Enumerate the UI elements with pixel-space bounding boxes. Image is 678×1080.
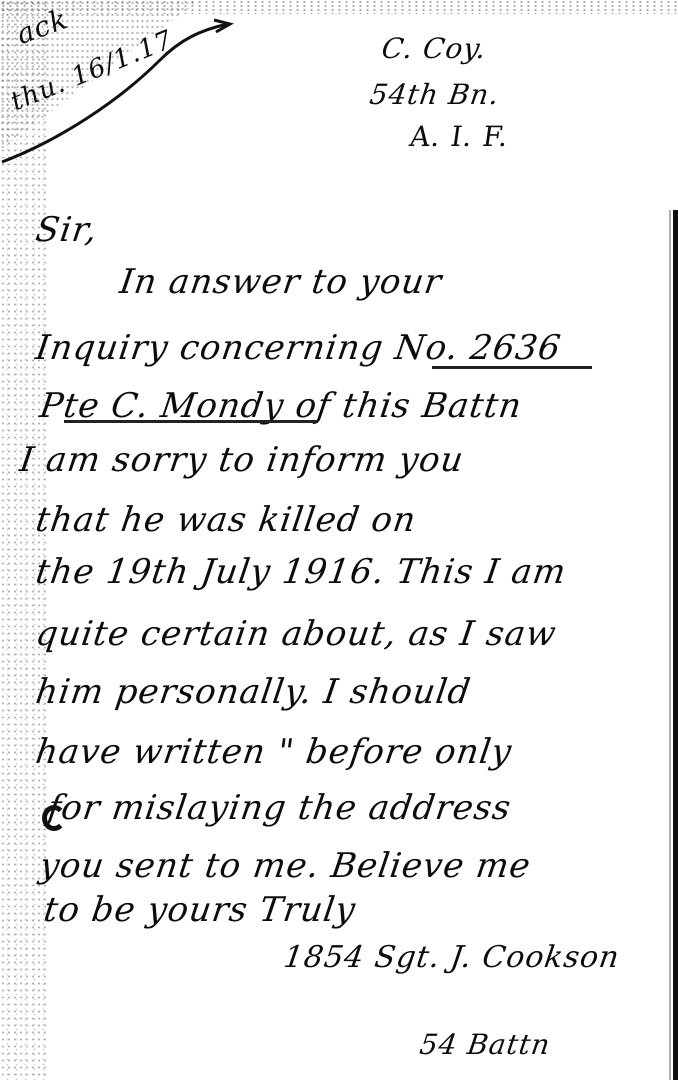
body-line: you sent to me. Believe me [37, 846, 533, 886]
signature-unit: 54 Battn [418, 1028, 553, 1061]
body-line: I am sorry to inform you [17, 440, 466, 480]
sender-company: C. Coy. [380, 32, 489, 65]
body-line: In answer to your [117, 262, 444, 302]
body-line: have written " before only [33, 732, 514, 772]
salutation: Sir, [33, 210, 100, 250]
body-line: him personally. I should [33, 672, 473, 712]
page-edge-border [673, 210, 678, 1080]
body-line: the 19th July 1916. This I am [33, 552, 569, 592]
sender-force: A. I. F. [408, 120, 511, 153]
soldier-name-underline [64, 420, 318, 423]
scanned-letter-page: ack thu. 16/1.17 C. Coy. 54th Bn. A. I. … [0, 0, 678, 1080]
body-line: quite certain about, as I saw [33, 614, 559, 654]
body-line: Inquiry concerning No. 2636 [33, 328, 564, 368]
body-line: to be yours Truly [41, 890, 358, 930]
soldier-number-underline [432, 366, 592, 369]
body-line: for mislaying the address [45, 788, 514, 828]
sender-battalion: 54th Bn. [368, 78, 502, 111]
punch-hole-mark-icon [42, 805, 66, 831]
page-edge-shadow [669, 210, 671, 1080]
signature-line: 1854 Sgt. J. Cookson [282, 940, 622, 975]
body-line: that he was killed on [33, 500, 419, 540]
